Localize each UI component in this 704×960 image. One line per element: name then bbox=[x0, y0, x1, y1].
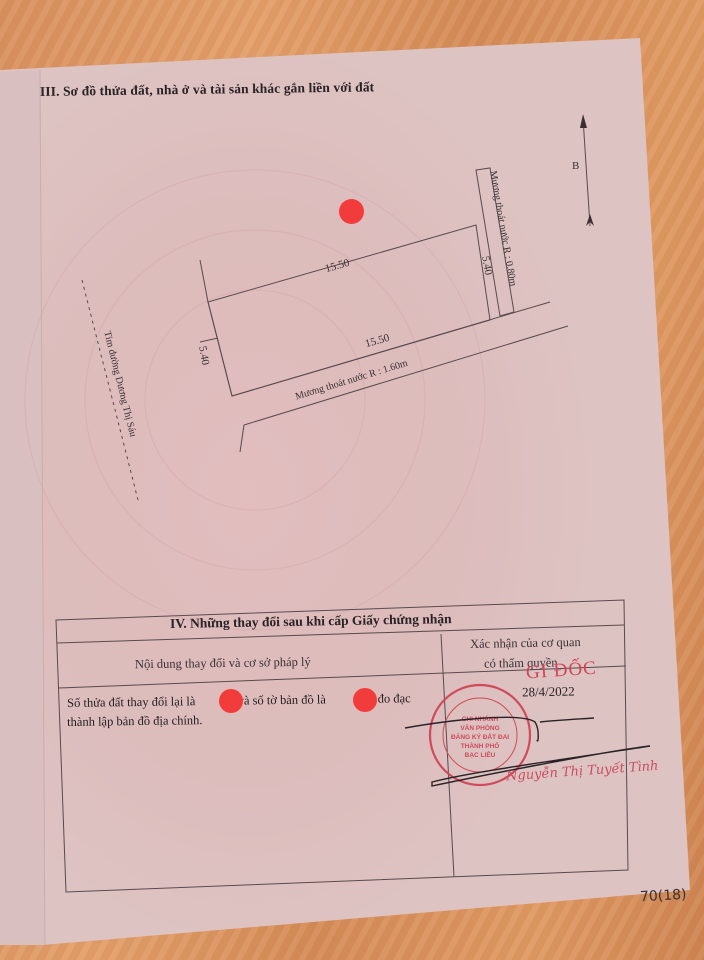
land-certificate-page: III. Sơ đồ thửa đất, nhà ở và tài sản kh… bbox=[0, 0, 704, 960]
redaction-dot-map-sheet bbox=[353, 688, 377, 712]
column-header-confirmation-line1: Xác nhận của cơ quan bbox=[470, 635, 581, 652]
north-label: B bbox=[572, 160, 579, 172]
column-header-content: Nội dung thay đổi và cơ sở pháp lý bbox=[135, 655, 311, 672]
redaction-dot bbox=[339, 199, 364, 224]
redaction-dot-parcel-number bbox=[219, 689, 243, 713]
change-content-line2: thành lập bản đồ địa chính. bbox=[67, 711, 203, 732]
page-sheet bbox=[0, 0, 704, 960]
handwritten-page-note: 70(18) bbox=[640, 887, 687, 905]
confirmation-date: 28/4/2022 bbox=[522, 684, 575, 701]
